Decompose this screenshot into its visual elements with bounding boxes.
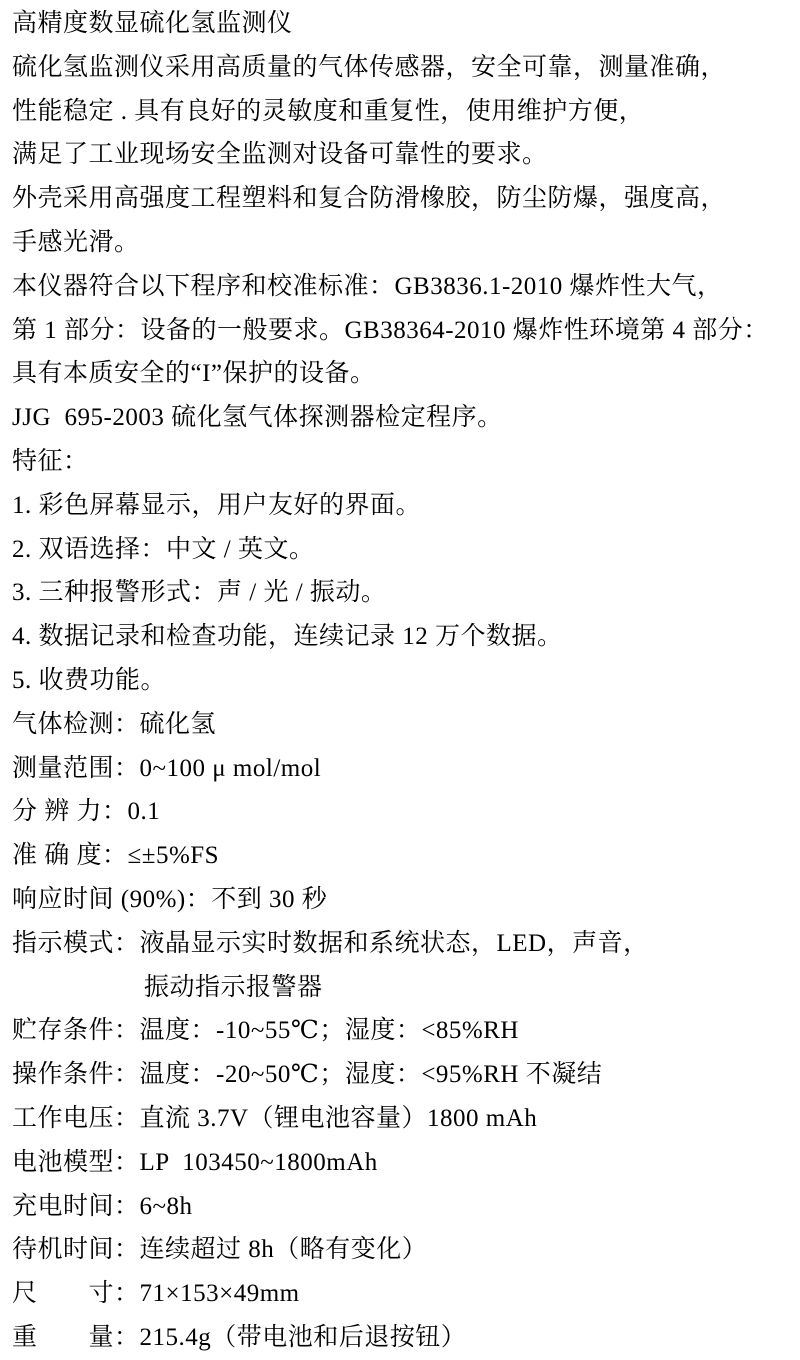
doc-line-spec-storage: 贮存条件：温度：-10~55℃；湿度：<85%RH: [12, 1009, 792, 1053]
doc-line-standard-1: 本仪器符合以下程序和校准标准：GB3836.1-2010 爆炸性大气，: [12, 265, 792, 309]
doc-line-spec-weight: 重 量：215.4g（带电池和后退按钮）: [12, 1316, 792, 1360]
doc-line-standard-2: 第 1 部分：设备的一般要求。GB38364-2010 爆炸性环境第 4 部分：: [12, 309, 792, 353]
doc-line-spec-indication-2: 振动指示报警器: [12, 966, 792, 1010]
doc-line-intro-2: 性能稳定 . 具有良好的灵敏度和重复性，使用维护方便，: [12, 90, 792, 134]
doc-line-feature-3: 3. 三种报警形式：声 / 光 / 振动。: [12, 571, 792, 615]
doc-line-standard-4: JJG 695-2003 硫化氢气体探测器检定程序。: [12, 396, 792, 440]
document-body: 高精度数显硫化氢监测仪 硫化氢监测仪采用高质量的气体传感器，安全可靠，测量准确，…: [0, 0, 800, 1360]
doc-line-standard-3: 具有本质安全的“I”保护的设备。: [12, 352, 792, 396]
doc-line-spec-voltage: 工作电压：直流 3.7V（锂电池容量）1800 mAh: [12, 1097, 792, 1141]
doc-line-feature-5: 5. 收费功能。: [12, 659, 792, 703]
doc-line-spec-standby-time: 待机时间：连续超过 8h（略有变化）: [12, 1228, 792, 1272]
doc-line-intro-1: 硫化氢监测仪采用高质量的气体传感器，安全可靠，测量准确，: [12, 46, 792, 90]
doc-line-housing-1: 外壳采用高强度工程塑料和复合防滑橡胶，防尘防爆，强度高，: [12, 177, 792, 221]
doc-line-spec-charge-time: 充电时间：6~8h: [12, 1185, 792, 1229]
doc-line-intro-3: 满足了工业现场安全监测对设备可靠性的要求。: [12, 133, 792, 177]
doc-line-spec-gas: 气体检测：硫化氢: [12, 703, 792, 747]
doc-line-features-heading: 特征：: [12, 440, 792, 484]
doc-line-feature-2: 2. 双语选择：中文 / 英文。: [12, 528, 792, 572]
doc-line-spec-response-time: 响应时间 (90%)：不到 30 秒: [12, 878, 792, 922]
doc-line-spec-accuracy: 准 确 度：≤±5%FS: [12, 834, 792, 878]
doc-line-spec-operating: 操作条件：温度：-20~50℃；湿度：<95%RH 不凝结: [12, 1053, 792, 1097]
doc-line-spec-indication-1: 指示模式：液晶显示实时数据和系统状态，LED，声音，: [12, 922, 792, 966]
doc-line-feature-1: 1. 彩色屏幕显示，用户友好的界面。: [12, 484, 792, 528]
doc-line-spec-battery: 电池模型：LP 103450~1800mAh: [12, 1141, 792, 1185]
doc-title: 高精度数显硫化氢监测仪: [12, 2, 792, 46]
doc-line-spec-resolution: 分 辨 力：0.1: [12, 790, 792, 834]
doc-line-spec-range: 测量范围：0~100 μ mol/mol: [12, 747, 792, 791]
doc-line-housing-2: 手感光滑。: [12, 221, 792, 265]
doc-line-feature-4: 4. 数据记录和检查功能，连续记录 12 万个数据。: [12, 615, 792, 659]
doc-line-spec-dimensions: 尺 寸：71×153×49mm: [12, 1272, 792, 1316]
